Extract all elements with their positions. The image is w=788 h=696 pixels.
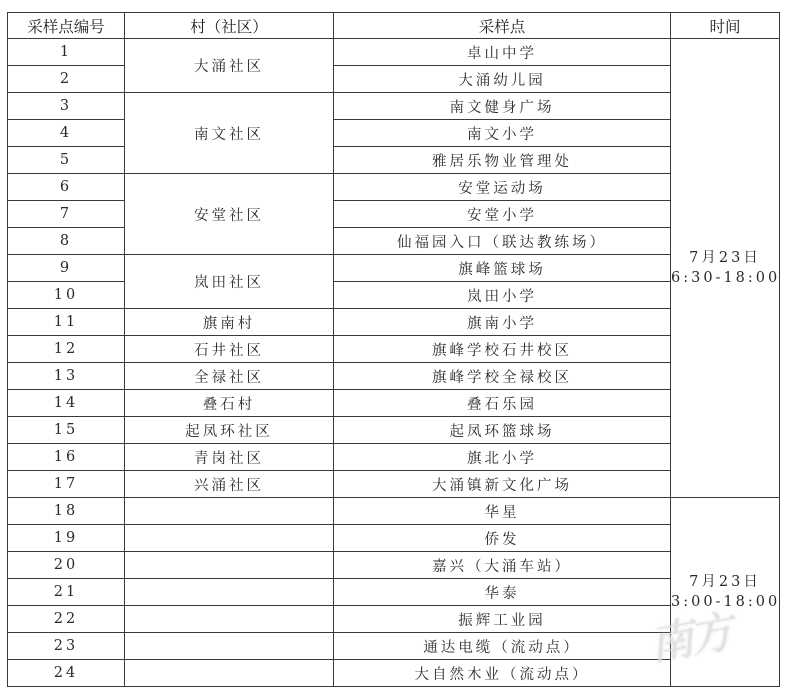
table-row: 9 岚田社区 旗峰篮球场 (8, 255, 780, 282)
sample-id: 3 (8, 93, 125, 120)
sample-site: 通达电缆（流动点） (334, 633, 671, 660)
sample-site: 旗峰篮球场 (334, 255, 671, 282)
table-row: 13 全禄社区 旗峰学校全禄校区 (8, 363, 780, 390)
header-village: 村（社区） (125, 13, 334, 39)
sample-site: 嘉兴（大涌车站） (334, 552, 671, 579)
sample-id: 4 (8, 120, 125, 147)
table-row: 6 安堂社区 安堂运动场 (8, 174, 780, 201)
header-time: 时间 (671, 13, 780, 39)
table-row: 19 侨发 (8, 525, 780, 552)
table-row: 10 岚田小学 (8, 282, 780, 309)
sample-id: 19 (8, 525, 125, 552)
village-cell: 岚田社区 (125, 255, 334, 309)
header-sample-id: 采样点编号 (8, 13, 125, 39)
sample-site: 大涌幼儿园 (334, 66, 671, 93)
sample-site: 雅居乐物业管理处 (334, 147, 671, 174)
village-cell: 旗南村 (125, 309, 334, 336)
village-cell (125, 552, 334, 579)
time-date: 7月23日 (671, 572, 779, 592)
village-cell: 兴涌社区 (125, 471, 334, 498)
sample-site: 华泰 (334, 579, 671, 606)
table-row: 5 雅居乐物业管理处 (8, 147, 780, 174)
table-row: 15 起凤环社区 起凤环篮球场 (8, 417, 780, 444)
sample-id: 10 (8, 282, 125, 309)
sample-site: 安堂运动场 (334, 174, 671, 201)
sample-site: 叠石乐园 (334, 390, 671, 417)
time-date: 7月23日 (671, 248, 779, 268)
sample-site: 振辉工业园 (334, 606, 671, 633)
sample-id: 16 (8, 444, 125, 471)
table-row: 22 振辉工业园 (8, 606, 780, 633)
sample-site: 大自然木业（流动点） (334, 660, 671, 687)
sample-id: 9 (8, 255, 125, 282)
time-hours: 6:30-18:00 (671, 268, 779, 288)
sample-site: 大涌镇新文化广场 (334, 471, 671, 498)
table-row: 20 嘉兴（大涌车站） (8, 552, 780, 579)
sample-site: 仙福园入口（联达教练场） (334, 228, 671, 255)
sample-id: 22 (8, 606, 125, 633)
sample-site: 卓山中学 (334, 39, 671, 66)
village-cell: 大涌社区 (125, 39, 334, 93)
table-row: 14 叠石村 叠石乐园 (8, 390, 780, 417)
sample-site: 旗峰学校全禄校区 (334, 363, 671, 390)
table-row: 21 华泰 (8, 579, 780, 606)
sample-id: 23 (8, 633, 125, 660)
sample-id: 1 (8, 39, 125, 66)
sample-site: 旗南小学 (334, 309, 671, 336)
table-row: 3 南文社区 南文健身广场 (8, 93, 780, 120)
sample-site: 南文健身广场 (334, 93, 671, 120)
sample-id: 12 (8, 336, 125, 363)
sample-site: 旗峰学校石井校区 (334, 336, 671, 363)
village-cell (125, 660, 334, 687)
time-block: 7月23日 3:00-18:00 (671, 498, 780, 687)
village-cell (125, 633, 334, 660)
table-row: 12 石井社区 旗峰学校石井校区 (8, 336, 780, 363)
sample-id: 14 (8, 390, 125, 417)
sample-id: 18 (8, 498, 125, 525)
village-cell: 叠石村 (125, 390, 334, 417)
table-row: 11 旗南村 旗南小学 (8, 309, 780, 336)
sample-id: 17 (8, 471, 125, 498)
table-row: 4 南文小学 (8, 120, 780, 147)
table-row: 16 青岗社区 旗北小学 (8, 444, 780, 471)
sample-site: 起凤环篮球场 (334, 417, 671, 444)
table-row: 23 通达电缆（流动点） (8, 633, 780, 660)
village-cell: 起凤环社区 (125, 417, 334, 444)
table-row: 2 大涌幼儿园 (8, 66, 780, 93)
sample-site: 岚田小学 (334, 282, 671, 309)
sample-id: 6 (8, 174, 125, 201)
village-cell (125, 498, 334, 525)
sample-id: 21 (8, 579, 125, 606)
village-cell: 全禄社区 (125, 363, 334, 390)
sample-id: 11 (8, 309, 125, 336)
sample-id: 20 (8, 552, 125, 579)
sample-id: 24 (8, 660, 125, 687)
village-cell: 安堂社区 (125, 174, 334, 255)
table-row: 17 兴涌社区 大涌镇新文化广场 (8, 471, 780, 498)
table-row: 24 大自然木业（流动点） (8, 660, 780, 687)
header-row: 采样点编号 村（社区） 采样点 时间 (8, 13, 780, 39)
village-cell: 南文社区 (125, 93, 334, 174)
sample-site: 安堂小学 (334, 201, 671, 228)
table-row: 18 华星 7月23日 3:00-18:00 (8, 498, 780, 525)
header-sample-site: 采样点 (334, 13, 671, 39)
sample-site: 华星 (334, 498, 671, 525)
sample-site: 南文小学 (334, 120, 671, 147)
sample-site: 旗北小学 (334, 444, 671, 471)
sample-id: 15 (8, 417, 125, 444)
sample-id: 8 (8, 228, 125, 255)
sampling-schedule-table: 采样点编号 村（社区） 采样点 时间 1 大涌社区 卓山中学 7月23日 6:3… (7, 12, 780, 687)
table-row: 1 大涌社区 卓山中学 7月23日 6:30-18:00 (8, 39, 780, 66)
village-cell: 青岗社区 (125, 444, 334, 471)
village-cell: 石井社区 (125, 336, 334, 363)
table-row: 7 安堂小学 (8, 201, 780, 228)
time-block: 7月23日 6:30-18:00 (671, 39, 780, 498)
table-row: 8 仙福园入口（联达教练场） (8, 228, 780, 255)
village-cell (125, 579, 334, 606)
sample-id: 2 (8, 66, 125, 93)
village-cell (125, 606, 334, 633)
sample-id: 5 (8, 147, 125, 174)
sample-id: 13 (8, 363, 125, 390)
village-cell (125, 525, 334, 552)
sample-id: 7 (8, 201, 125, 228)
time-hours: 3:00-18:00 (671, 592, 779, 612)
sample-site: 侨发 (334, 525, 671, 552)
